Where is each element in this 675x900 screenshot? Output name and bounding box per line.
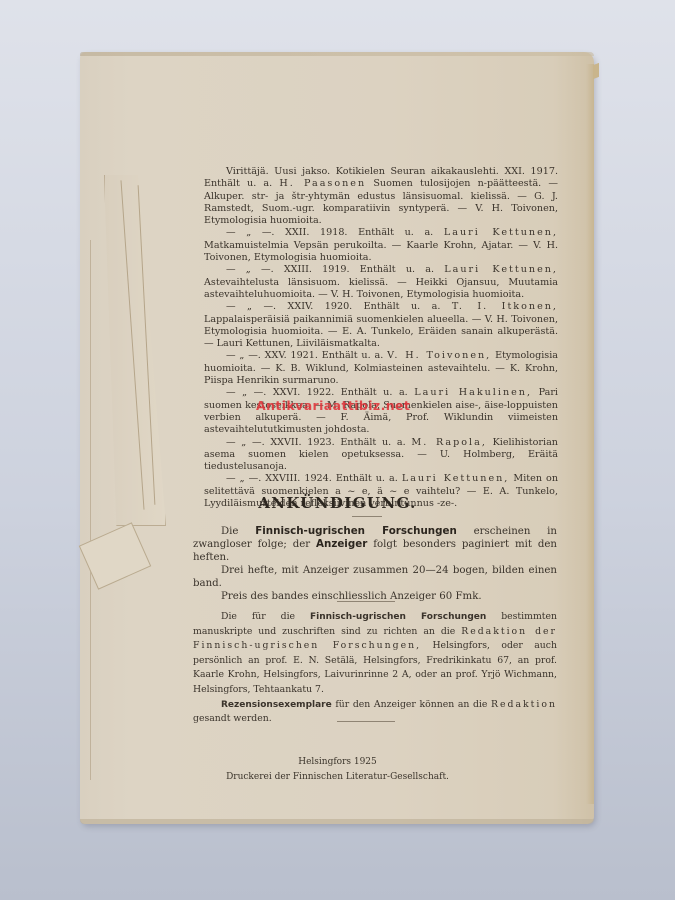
divider (337, 721, 395, 722)
list-entry: — „ —. XXIV. 1920. Enthält u. a. T. I. I… (204, 301, 558, 350)
submission-info: Die für die Finnisch-ugrischen Forschung… (193, 610, 557, 727)
list-entry: — „ —. XXVII. 1923. Enthält u. a. M. Rap… (204, 437, 558, 474)
submission-paragraph: Rezensionsexemplare für den Anzeiger kön… (193, 698, 557, 727)
announcement-text: Die Finnisch-ugrischen Forschungen ersch… (193, 525, 557, 603)
list-entry: — „ —. XXII. 1918. Enthält u. a. Lauri K… (204, 227, 558, 264)
imprint-place-year: Helsingfors 1925 (0, 757, 675, 767)
announcement-title: ANKÜNDIGUNG. (0, 494, 675, 512)
list-entry: — „ —. XXIII. 1919. Enthält u. a. Lauri … (204, 264, 558, 301)
divider (337, 601, 395, 602)
submission-paragraph: Die für die Finnisch-ugrischen Forschung… (193, 610, 557, 698)
page-text: Virittäjä. Uusi jakso. Kotikielen Seuran… (0, 0, 675, 900)
announcement-paragraph: Die Finnisch-ugrischen Forschungen ersch… (193, 525, 557, 564)
list-entry: Virittäjä. Uusi jakso. Kotikielen Seuran… (204, 166, 558, 227)
divider (352, 516, 382, 517)
watermark: Antikvariaattibiz.net (256, 398, 410, 413)
announcement-paragraph: Drei hefte, mit Anzeiger zusammen 20—24 … (193, 564, 557, 590)
publication-list: Virittäjä. Uusi jakso. Kotikielen Seuran… (204, 166, 558, 510)
imprint-printer: Druckerei der Finnischen Literatur-Gesel… (0, 772, 675, 782)
list-entry: — „ —. XXV. 1921. Enthält u. a. V. H. To… (204, 350, 558, 387)
